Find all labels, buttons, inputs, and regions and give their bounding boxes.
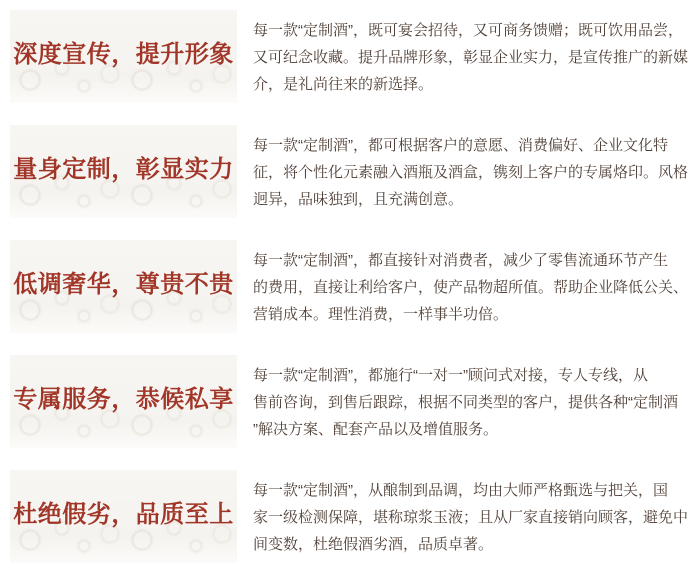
feature-title-panel: 低调奢华，尊贵不贵: [10, 240, 237, 333]
section-body-line: 每一款“定制酒”，都施行“一对一”顾问式对接，专人专线，从: [253, 362, 678, 389]
feature-row: 专属服务，恭候私享 每一款“定制酒”，都施行“一对一”顾问式对接，专人专线，从 …: [10, 355, 694, 448]
section-body: 每一款“定制酒”，都可根据客户的意愿、消费偏好、企业文化特 征，将个性化元素融入…: [237, 125, 688, 213]
feature-list-page: 深度宣传，提升形象 每一款“定制酒”，既可宴会招待，又可商务馈赠；既可饮用品尝，…: [0, 0, 694, 563]
feature-title-panel: 深度宣传，提升形象: [10, 10, 237, 103]
section-body-line: 迥异，品味独到，且充满创意。: [253, 186, 688, 213]
feature-title-panel: 专属服务，恭候私享: [10, 355, 237, 448]
section-body: 每一款“定制酒”，都施行“一对一”顾问式对接，专人专线，从 售前咨询，到售后跟踪…: [237, 355, 678, 443]
feature-row: 量身定制，彰显实力 每一款“定制酒”，都可根据客户的意愿、消费偏好、企业文化特 …: [10, 125, 694, 218]
section-title: 专属服务，恭候私享: [13, 379, 234, 414]
section-body: 每一款“定制酒”，都直接针对消费者，减少了零售流通环节产生 的费用，直接让利给客…: [237, 240, 688, 328]
section-body-line: 家一级检测保障，堪称琼浆玉液；且从厂家直接销向顾客，避免中: [253, 504, 688, 531]
feature-title-panel: 杜绝假劣，品质至上: [10, 470, 237, 563]
section-body-line: 每一款“定制酒”，既可宴会招待，又可商务馈赠；既可饮用品尝，: [253, 17, 688, 44]
section-body-line: 每一款“定制酒”，都直接针对消费者，减少了零售流通环节产生: [253, 247, 688, 274]
section-body-line: 售前咨询，到售后跟踪，根据不同类型的客户，提供各种“定制酒: [253, 389, 678, 416]
section-body-line: 介，是礼尚往来的新选择。: [253, 71, 688, 98]
section-title: 量身定制，彰显实力: [13, 149, 234, 184]
section-title: 杜绝假劣，品质至上: [13, 494, 234, 529]
section-body-line: 又可纪念收藏。提升品牌形象，彰显企业实力，是宣传推广的新媒: [253, 44, 688, 71]
section-body-line: 征，将个性化元素融入酒瓶及酒盒，镌刻上客户的专属烙印。风格: [253, 159, 688, 186]
section-title: 低调奢华，尊贵不贵: [13, 264, 234, 299]
section-body-line: 每一款“定制酒”，都可根据客户的意愿、消费偏好、企业文化特: [253, 132, 688, 159]
feature-row: 深度宣传，提升形象 每一款“定制酒”，既可宴会招待，又可商务馈赠；既可饮用品尝，…: [10, 10, 694, 103]
section-body-line: 的费用，直接让利给客户，使产品物超所值。帮助企业降低公关、: [253, 274, 688, 301]
section-body: 每一款“定制酒”，既可宴会招待，又可商务馈赠；既可饮用品尝， 又可纪念收藏。提升…: [237, 10, 688, 98]
section-body-line: ”解决方案、配套产品以及增值服务。: [253, 416, 678, 443]
section-title: 深度宣传，提升形象: [13, 34, 234, 69]
section-body-line: 每一款“定制酒”，从酿制到品调，均由大师严格甄选与把关，国: [253, 477, 688, 504]
section-body-line: 间变数，杜绝假酒劣酒，品质卓著。: [253, 531, 688, 558]
section-body-line: 营销成本。理性消费，一样事半功倍。: [253, 301, 688, 328]
feature-title-panel: 量身定制，彰显实力: [10, 125, 237, 218]
feature-row: 低调奢华，尊贵不贵 每一款“定制酒”，都直接针对消费者，减少了零售流通环节产生 …: [10, 240, 694, 333]
feature-row: 杜绝假劣，品质至上 每一款“定制酒”，从酿制到品调，均由大师严格甄选与把关，国 …: [10, 470, 694, 563]
section-body: 每一款“定制酒”，从酿制到品调，均由大师严格甄选与把关，国 家一级检测保障，堪称…: [237, 470, 688, 558]
